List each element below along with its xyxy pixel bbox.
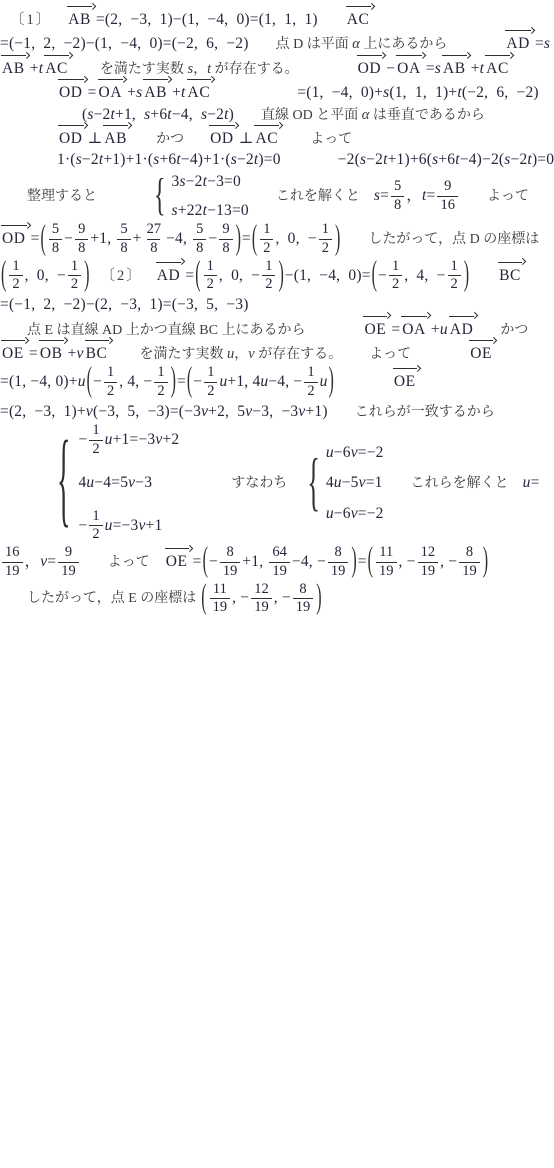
fraction: 12 (104, 364, 117, 400)
fraction: 12 (9, 258, 22, 294)
fraction: 12 (260, 221, 273, 257)
denominator: 19 (269, 562, 290, 581)
math-variable: s (544, 35, 550, 52)
math-variable: v (86, 403, 93, 420)
denominator: 2 (104, 382, 117, 401)
numerator: 9 (62, 544, 75, 562)
spacer (528, 333, 550, 334)
numerator: 1 (389, 258, 402, 276)
numerator: 1 (319, 221, 332, 239)
text-run: 直線 OD と平面 α は垂直であるから (261, 108, 485, 123)
vector-AB: AB (143, 79, 171, 103)
math-text: = (242, 230, 251, 247)
math-line: 点 E は直線 AD 上かつ直線 BC 上にあるから (27, 321, 305, 338)
numerator: 1 (262, 258, 275, 276)
math-text: , 0, − (219, 267, 260, 284)
math-text: u=−3v+1 (105, 517, 163, 534)
spacer (196, 601, 200, 602)
math-text: − (209, 553, 218, 570)
spacer (287, 486, 307, 487)
math-text: , − (274, 589, 291, 606)
spacer (539, 242, 551, 243)
denominator: 19 (220, 562, 241, 581)
math-text: = (31, 230, 40, 247)
math-line: 直線 OD と平面 α は垂直であるから (261, 106, 485, 123)
fraction: 12 (89, 508, 102, 544)
math-text: 1·(s−2t+1)+1·(s+6t−4)+1·(s−2t)=0 (57, 151, 281, 168)
text-run: すなわち (231, 476, 287, 491)
math-line: よって (310, 130, 352, 147)
fraction: 12 (389, 258, 402, 294)
equation-system: {u−6v=−24u−5v=1u−6v=−2 (307, 442, 383, 524)
text-run: を満たす実数 u，v が存在する。 (140, 347, 343, 362)
denominator: 19 (418, 562, 439, 581)
fraction: 1219 (251, 581, 272, 617)
denominator: 2 (9, 275, 22, 294)
math-text: u−6v=−2 (326, 505, 384, 522)
text-run: かつ (500, 323, 528, 338)
numerator: 9 (75, 221, 88, 239)
math-text: = (193, 553, 202, 570)
numerator: 9 (219, 221, 232, 239)
fraction: 1619 (2, 544, 23, 580)
vector-OD: OD (58, 79, 87, 103)
brace-icon: { (154, 173, 166, 219)
math-text: , 4, − (119, 373, 152, 390)
denominator: 19 (2, 562, 23, 581)
spacer (509, 486, 523, 487)
fraction: 819 (220, 544, 241, 580)
fraction: 12 (204, 258, 217, 294)
math-text: = (358, 553, 367, 570)
text-run: これらを解くと (411, 476, 509, 491)
numerator: 16 (2, 544, 23, 562)
denominator: 2 (68, 275, 81, 294)
numerator: 1 (260, 221, 273, 239)
fraction: 916 (437, 178, 458, 214)
spacer (132, 142, 156, 143)
math-text: −4, (166, 230, 191, 247)
math-line: {−12u+1=−3v+24u−4=5v−3−12u=−3v+1すなわち{u−6… (57, 474, 384, 491)
math-text: =(2, −3, 1)−(1, −4, 0)=(1, 1, 1) (96, 11, 318, 28)
text-run: かつ (156, 132, 184, 147)
spacer (143, 279, 155, 280)
vector-AC: AC (44, 55, 72, 79)
numerator: 8 (332, 544, 345, 562)
math-text: ，t= (406, 187, 435, 204)
numerator: 5 (117, 221, 130, 239)
vector-OD: OD (58, 125, 87, 149)
fraction: 12 (448, 258, 461, 294)
big-paren: ( (201, 581, 206, 615)
numerator: 5 (49, 221, 62, 239)
fraction: 819 (459, 544, 480, 580)
math-text: , − (440, 553, 457, 570)
math-variable: v (359, 474, 366, 491)
math-text: +u (431, 321, 448, 338)
denominator: 2 (389, 275, 402, 294)
denominator: 19 (293, 598, 314, 617)
math-text: − (64, 230, 73, 247)
equation-system: {3s−2t−3=0s+22t−13=0 (154, 171, 249, 222)
math-line: (s−2t+1, s+6t−4, s−2t) (82, 106, 234, 123)
math-line: よってOE=(−819+1, 6419−4, −819)=(1119, −121… (108, 553, 489, 570)
math-text: = (177, 373, 186, 390)
vector-AB: AB (442, 55, 470, 79)
big-paren: ) (335, 222, 340, 256)
math-text: =s (535, 35, 550, 52)
math-variable: t (39, 60, 44, 77)
numerator: 1 (448, 258, 461, 276)
numerator: 1 (204, 364, 217, 382)
math-text: − (193, 373, 202, 390)
numerator: 11 (376, 544, 396, 562)
math-line: {3s−2t−3=0s+22t−13=0 (154, 187, 249, 204)
math-variable: u (78, 373, 86, 390)
denominator: 19 (210, 598, 231, 617)
spacer (478, 333, 500, 334)
fraction: 58 (193, 221, 206, 257)
math-text: = (29, 345, 38, 362)
section-label: 〔2〕 (101, 268, 143, 284)
fraction: 819 (328, 544, 349, 580)
spacer (179, 486, 231, 487)
math-line: 〔1〕AB=(2, −3, 1)−(1, −4, 0)=(1, 1, 1) (10, 11, 318, 28)
math-text: s= (374, 187, 389, 204)
math-variable: u (105, 431, 113, 448)
math-text: , − (399, 553, 416, 570)
fraction: 98 (75, 221, 88, 257)
math-text: =(2, −3, 1)+v(−3, 5, −3)=(−3v+2, 5v−3, −… (0, 403, 328, 420)
math-text: , 0, − (275, 230, 316, 247)
denominator: 8 (391, 196, 404, 215)
vector-OE: OE (469, 340, 496, 364)
math-variable: u (440, 321, 448, 338)
vector-OB: OB (39, 340, 67, 364)
denominator: 2 (204, 275, 217, 294)
numerator: 5 (193, 221, 206, 239)
big-paren: ( (1, 259, 6, 293)
fraction: 12 (319, 221, 332, 257)
math-text: (s−2t+1, s+6t−4, s−2t) (82, 106, 234, 123)
denominator: 8 (49, 239, 62, 258)
math-text: , − (232, 589, 249, 606)
math-line: よって (369, 345, 411, 362)
vector-AC: AC (254, 125, 282, 149)
math-variable: α (352, 36, 360, 52)
vector-OE: OE (165, 548, 192, 572)
vector-OE: OE (1, 340, 28, 364)
denominator: 19 (328, 562, 349, 581)
system-row: 3s−2t−3=0 (172, 171, 249, 192)
vector-BC: BC (498, 262, 525, 286)
math-text: +t (471, 60, 484, 77)
math-text: =(−1, 2, −2)−(2, −3, 1)=(−3, 5, −3) (0, 296, 249, 313)
math-text: − (378, 267, 387, 284)
text-run: を満たす実数 s，t が存在する。 (100, 62, 299, 77)
system-row: 4u−5v=1 (326, 472, 384, 493)
math-variable: u (326, 444, 334, 461)
spacer (529, 199, 543, 200)
text-run: よって (108, 555, 150, 570)
denominator: 2 (304, 382, 317, 401)
vector-AB: AB (67, 6, 95, 30)
text-run: したがって，点 D の座標は (368, 232, 539, 247)
vector-AC: AC (187, 79, 215, 103)
spacer (150, 565, 164, 566)
system-row: u−6v=−2 (326, 442, 384, 463)
math-line: 1·(s−2t+1)+1·(s+6t−4)+1·(s−2t)=0 (57, 151, 281, 168)
numerator: 11 (210, 581, 230, 599)
math-variable: s (136, 84, 142, 101)
math-variable: v (351, 505, 358, 522)
math-variable: v (138, 517, 145, 534)
fraction: 98 (219, 221, 232, 257)
text-run: 整理すると (27, 189, 97, 204)
big-paren: ) (351, 545, 356, 579)
math-text: = (88, 84, 97, 101)
numerator: 1 (89, 508, 102, 526)
numerator: 12 (251, 581, 272, 599)
text-run: よって (487, 189, 529, 204)
denominator: 2 (89, 525, 102, 544)
math-text: , 4, − (404, 267, 445, 284)
denominator: 19 (459, 562, 480, 581)
math-text: u−6v=−2 (326, 444, 384, 461)
big-paren: ( (368, 545, 373, 579)
math-variable: u (320, 373, 328, 390)
math-text: −2(s−2t+1)+6(s+6t−4)−2(s−2t)=0 (338, 151, 554, 168)
math-text: ，v= (25, 553, 57, 570)
big-paren: ( (372, 259, 377, 293)
vector-OA: OA (98, 79, 127, 103)
big-paren: ( (252, 222, 257, 256)
system-row: u−6v=−2 (326, 503, 384, 524)
math-text: =(1, −4, 0)+s(1, 1, 1)+t(−2, 6, −2) (297, 84, 538, 101)
spacer (184, 142, 208, 143)
vector-AC: AC (346, 6, 374, 30)
fraction: 12 (304, 364, 317, 400)
math-variable: v (351, 444, 358, 461)
numerator: 12 (418, 544, 439, 562)
brace-icon: { (307, 451, 319, 516)
text-run: 点 D は平面 α 上にあるから (276, 37, 448, 52)
vector-OA: OA (401, 316, 430, 340)
big-paren: ) (84, 259, 89, 293)
math-variable: u (326, 505, 334, 522)
math-variable: u (105, 517, 113, 534)
denominator: 2 (260, 239, 273, 258)
numerator: 5 (391, 178, 404, 196)
big-paren: ( (203, 545, 208, 579)
brace-icon: { (57, 430, 70, 536)
text-run: これを解くと (276, 189, 360, 204)
math-text: =s (426, 60, 441, 77)
fraction: 58 (49, 221, 62, 257)
denominator: 8 (117, 239, 130, 258)
big-paren: ( (87, 365, 92, 399)
math-text: s+22t−13=0 (172, 202, 249, 219)
fraction: 12 (89, 422, 102, 458)
denominator: 2 (319, 239, 332, 258)
system-row: −12u+1=−3v+2 (78, 422, 179, 458)
math-line: OD⊥ABかつOD⊥AC (57, 130, 283, 147)
numerator: 1 (154, 364, 167, 382)
math-text: −4, − (292, 553, 326, 570)
math-line: を満たす実数 u，v が存在する。 (140, 345, 343, 362)
vector-OE: OE (363, 316, 390, 340)
numerator: 1 (9, 258, 22, 276)
vector-AB: AB (103, 125, 131, 149)
math-variable: u (334, 474, 342, 491)
text-run: よって (369, 347, 411, 362)
math-line: OD−OA=sAB+tAC (356, 60, 514, 77)
denominator: 8 (75, 239, 88, 258)
math-line: 点 D は平面 α 上にあるから (276, 35, 448, 52)
math-text: =(−1, 2, −2)−(1, −4, 0)=(−2, 6, −2) (0, 35, 249, 52)
numerator: 1 (89, 422, 102, 440)
numerator: 8 (223, 544, 236, 562)
vector-AB: AB (1, 55, 29, 79)
numerator: 8 (296, 581, 309, 599)
fraction: 6419 (269, 544, 290, 580)
math-text: +1, (242, 553, 267, 570)
math-line: =(1, −4, 0)+s(1, 1, 1)+t(−2, 6, −2) (297, 84, 538, 101)
math-text: u (320, 373, 328, 390)
math-line: これを解くとs=58，t=916 (276, 187, 460, 204)
math-text: −(1, −4, 0)= (285, 267, 371, 284)
math-line: 〔2〕AD=(12, 0, −12)−(1, −4, 0)=(−12, 4, −… (101, 267, 471, 284)
math-variable: u (523, 474, 531, 491)
math-variable: t (181, 84, 186, 101)
vector-OE: OE (393, 368, 420, 392)
fraction: 1119 (376, 544, 397, 580)
math-text: +t (30, 60, 43, 77)
spacer (52, 23, 66, 24)
math-line: を満たす実数 s，t が存在する。 (100, 60, 299, 77)
vector-AC: AC (485, 55, 513, 79)
system-row: 4u−4=5v−3 (78, 472, 179, 493)
text-run: よって (310, 132, 352, 147)
vector-OD: OD (209, 125, 238, 149)
denominator: 19 (376, 562, 397, 581)
text-run: これらが一致するから (355, 405, 495, 420)
fraction: 919 (58, 544, 79, 580)
math-line: OD=OA+sAB+tAC (57, 84, 215, 101)
text-run: 点 E は直線 AD 上かつ直線 BC 上にあるから (27, 323, 305, 338)
fraction: 1119 (210, 581, 231, 617)
numerator: 27 (144, 221, 165, 239)
math-text: = (185, 267, 194, 284)
denominator: 2 (448, 275, 461, 294)
fraction: 12 (154, 364, 167, 400)
math-text: + (133, 230, 142, 247)
big-paren: ( (195, 259, 200, 293)
fraction: 1219 (418, 544, 439, 580)
math-variable: s (435, 60, 441, 77)
fraction: 278 (144, 221, 165, 257)
vector-AD: AD (449, 316, 478, 340)
math-variable: v (77, 345, 84, 362)
fraction: 12 (262, 258, 275, 294)
big-paren: ) (329, 365, 334, 399)
math-text: 3s−2t−3=0 (172, 173, 241, 190)
fraction: 12 (68, 258, 81, 294)
vector-BC: BC (85, 340, 112, 364)
denominator: 2 (154, 382, 167, 401)
math-solution-document: 〔1〕AB=(2, −3, 1)−(1, −4, 0)=(1, 1, 1)AC=… (0, 0, 554, 617)
big-paren: ) (278, 259, 283, 293)
denominator: 16 (437, 196, 458, 215)
fraction: 819 (293, 581, 314, 617)
math-text: = (391, 321, 400, 338)
math-text: +s (127, 84, 142, 101)
system-row: −12u=−3v+1 (78, 508, 179, 544)
math-line: −2(s−2t+1)+6(s+6t−4)−2(s−2t)=0 (338, 151, 554, 168)
vector-OD: OD (1, 225, 30, 249)
numerator: 1 (204, 258, 217, 276)
spacer (360, 199, 374, 200)
big-paren: ) (236, 222, 241, 256)
math-text: − (93, 373, 102, 390)
denominator: 2 (262, 275, 275, 294)
numerator: 1 (304, 364, 317, 382)
big-paren: ) (171, 365, 176, 399)
denominator: 2 (204, 382, 217, 401)
math-variable: t (480, 60, 485, 77)
numerator: 8 (463, 544, 476, 562)
math-text: +1, (90, 230, 115, 247)
big-paren: ( (187, 365, 192, 399)
big-paren: ) (464, 259, 469, 293)
big-paren: ) (483, 545, 488, 579)
fraction: 12 (204, 364, 217, 400)
math-text: , 0, − (25, 267, 66, 284)
math-text: 4u−5v=1 (326, 474, 383, 491)
math-text: u= (523, 474, 540, 491)
math-text: u+1=−3v+2 (105, 431, 180, 448)
math-text: +t (172, 84, 185, 101)
denominator: 19 (58, 562, 79, 581)
fraction: 58 (391, 178, 404, 214)
big-paren: ) (316, 581, 321, 615)
big-paren: ( (41, 222, 46, 256)
math-text: u+1, 4u−4, − (219, 373, 302, 390)
system-row: s+22t−13=0 (172, 200, 249, 221)
denominator: 2 (89, 440, 102, 459)
vector-OD: OD (357, 55, 386, 79)
denominator: 8 (219, 239, 232, 258)
math-text: − (78, 431, 87, 448)
math-line: 整理すると (27, 187, 97, 204)
math-text: =(1, −4, 0)+u (0, 373, 86, 390)
numerator: 9 (441, 178, 454, 196)
denominator: 19 (251, 598, 272, 617)
numerator: 64 (269, 544, 290, 562)
vector-OA: OA (396, 55, 425, 79)
math-line: これらが一致するから (355, 403, 495, 420)
section-label: 〔1〕 (10, 12, 52, 28)
denominator: 8 (147, 239, 160, 258)
math-text: ⊥ (88, 130, 103, 147)
math-text: − (386, 60, 395, 77)
equation-system: {−12u+1=−3v+24u−4=5v−3−12u=−3v+1 (57, 422, 179, 544)
math-line: したがって，点 E の座標は(1119, −1219, −819) (27, 589, 323, 606)
numerator: 1 (104, 364, 117, 382)
math-text: − (78, 517, 87, 534)
fraction: 58 (117, 221, 130, 257)
numerator: 1 (68, 258, 81, 276)
